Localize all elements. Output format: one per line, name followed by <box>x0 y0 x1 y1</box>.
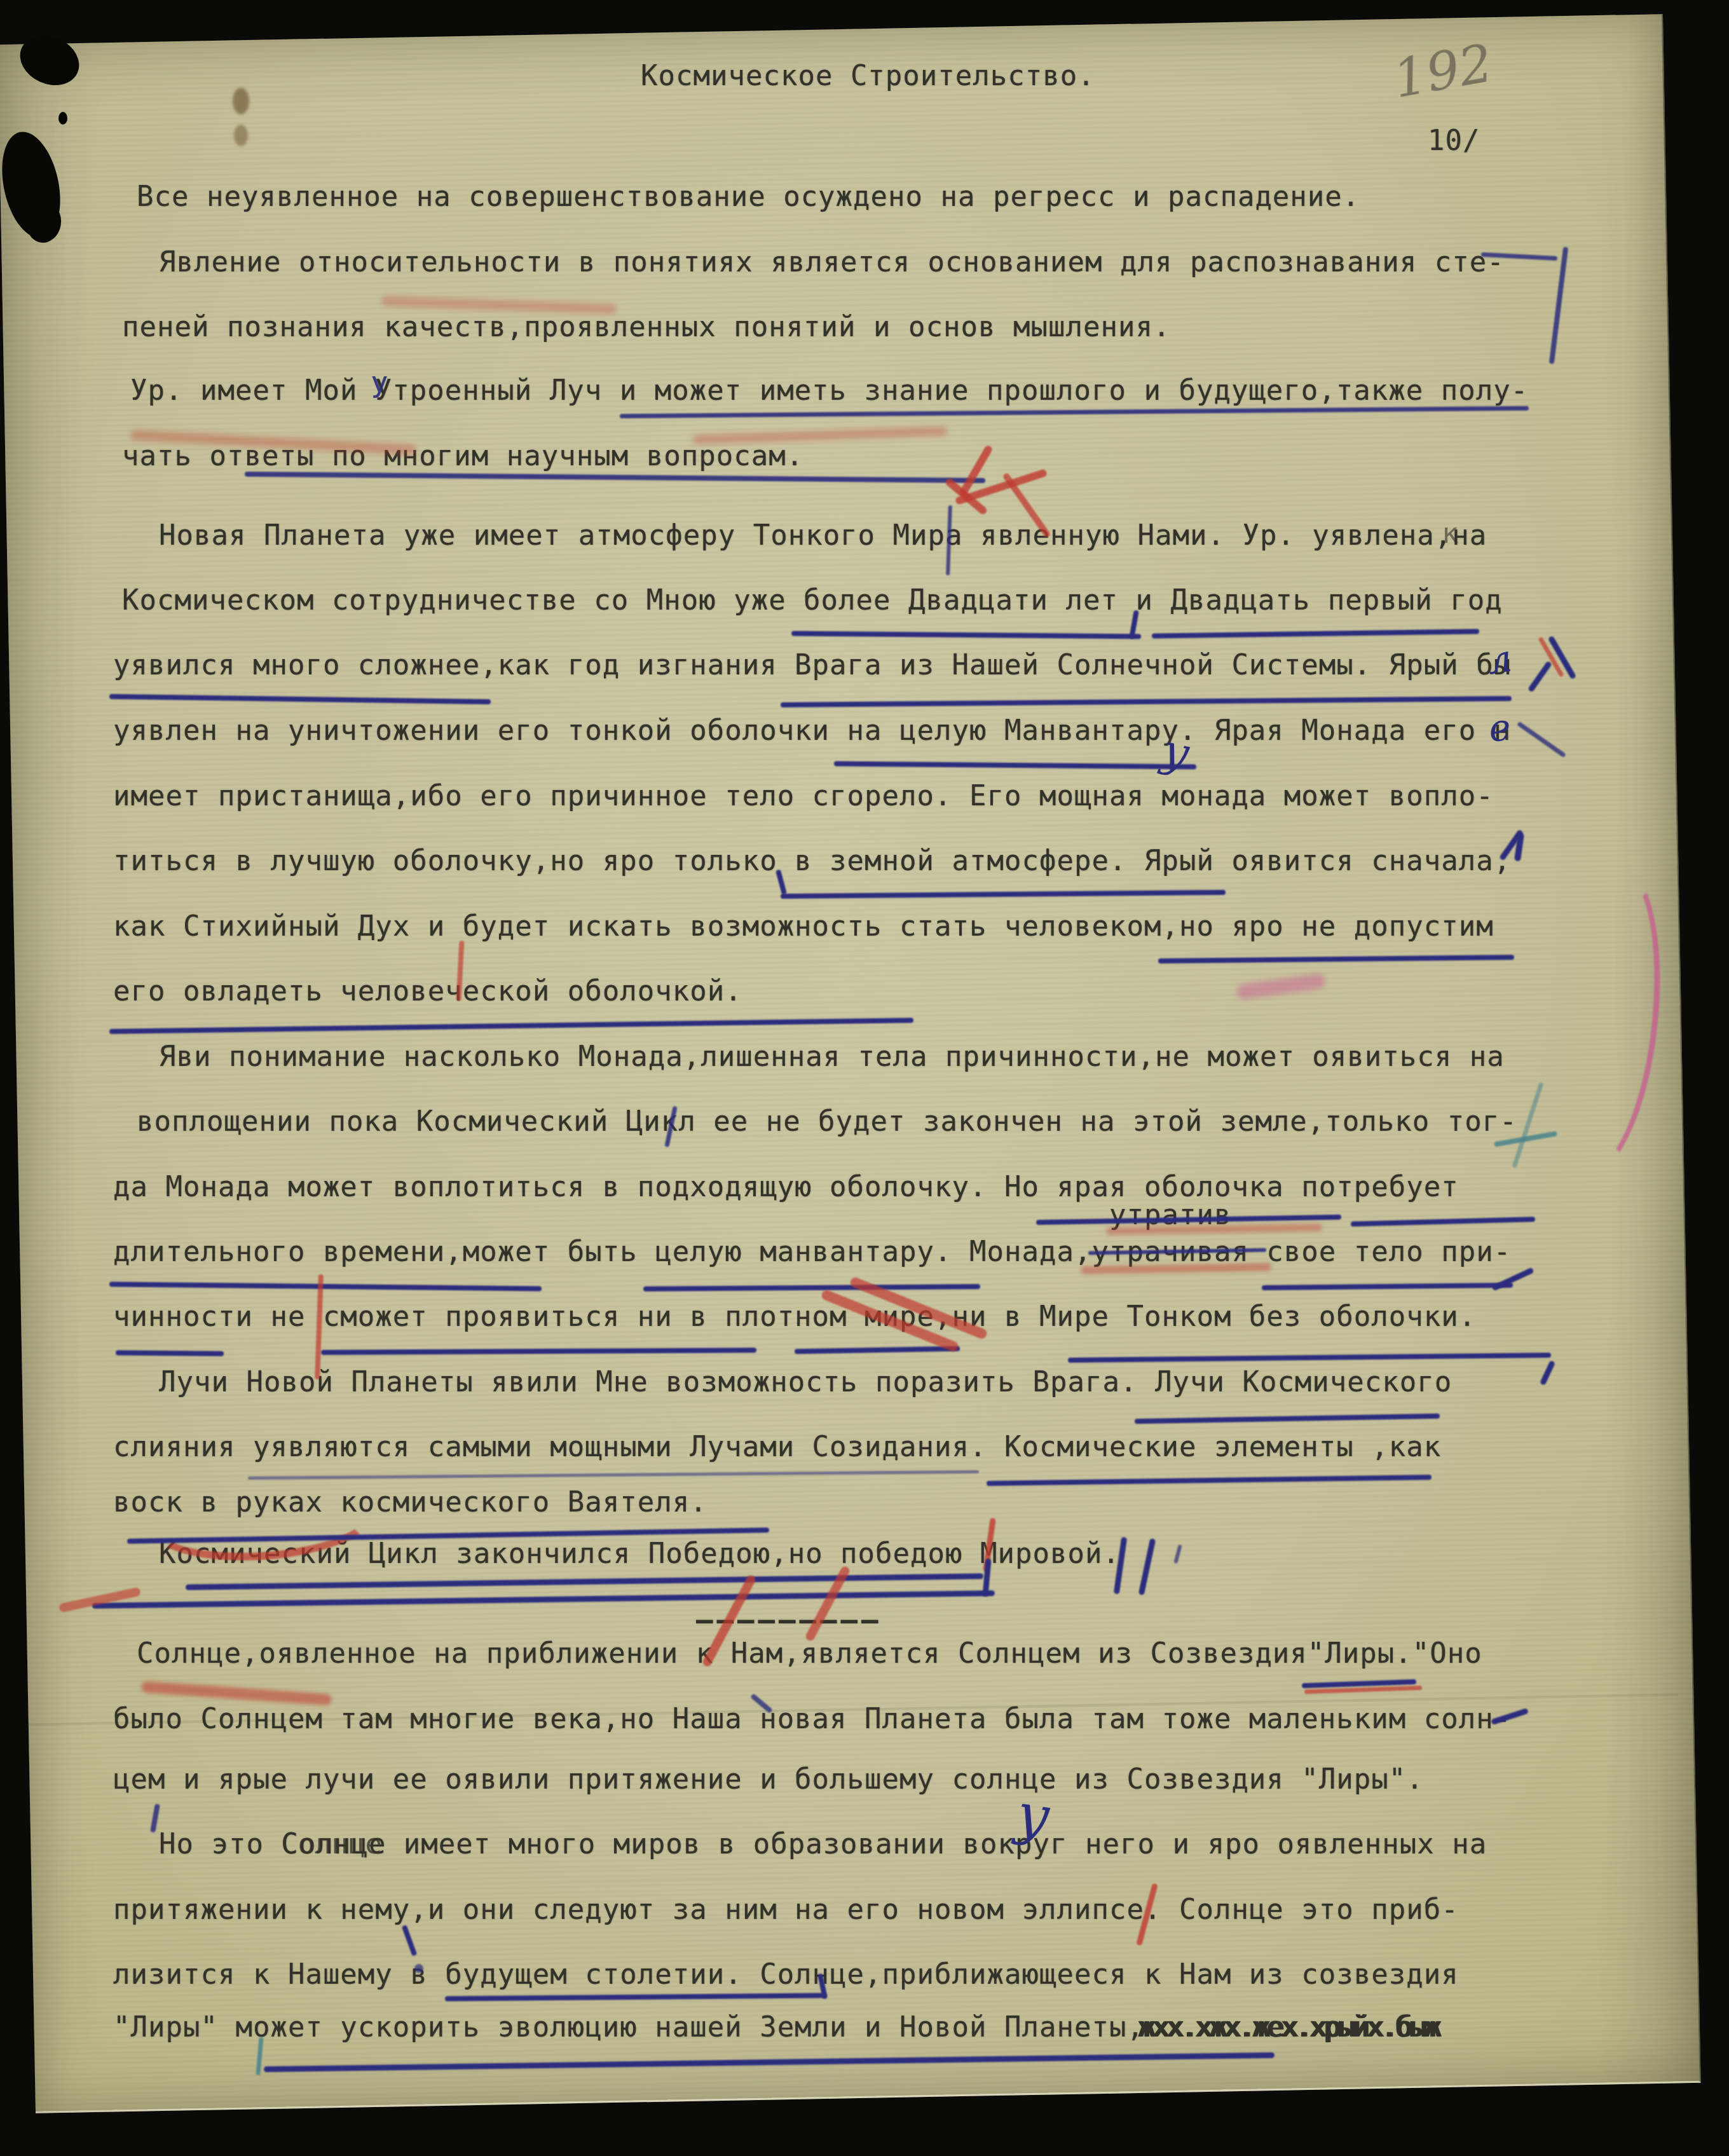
typed-line: лизится к Нашему в будущем столетии. Сол… <box>113 1961 1459 1989</box>
typed-line: Космическом сотрудничестве со Мною уже б… <box>122 587 1503 615</box>
black-handwriting-mark: Солнце <box>281 1831 382 1859</box>
typed-line: Яви понимание насколько Монада,лишенная … <box>159 1043 1505 1071</box>
blue-ink-stroke-mark <box>116 1350 224 1356</box>
typed-line: титься в лучшую оболочку,но яро только в… <box>113 847 1511 875</box>
typed-line: слияния уявляются самыми мощными Лучами … <box>113 1433 1441 1461</box>
typed-line: Ур. имеет Мой Утроенный Луч и может имет… <box>130 377 1528 405</box>
paper-stain <box>234 125 248 146</box>
paper-stain <box>233 88 249 114</box>
typed-line: "Лиры" может ускорить эволюцию нашей Зем… <box>113 2014 1144 2042</box>
blue-handwriting-mark: е <box>1487 708 1512 747</box>
typed-line: имеет пристанища,ибо его причинное тело … <box>113 782 1494 810</box>
typed-line: чать ответы по многим научным вопросам. <box>122 442 803 470</box>
typed-line: Все неуявленное на совершенствование осу… <box>137 183 1360 211</box>
blue-handwriting-mark: У <box>371 373 388 402</box>
document-scan: Космическое Строительство. 10/ 192 Все н… <box>0 0 1729 2156</box>
blue-handwriting-mark: л <box>1485 639 1514 681</box>
typed-line: длительного времени,может быть целую ман… <box>113 1238 1511 1266</box>
paper-speck <box>58 112 67 125</box>
typed-line: воплощении пока Космический Цикл ее не б… <box>137 1108 1517 1136</box>
typed-line: Лучи Новой Планеты явили Мне возможность… <box>159 1368 1452 1396</box>
black-handwriting-mark: к <box>1442 520 1459 548</box>
typed-line: его овладеть человеческой оболочкой. <box>113 978 742 1006</box>
typed-line: как Стихийный Дух и будет искать возможн… <box>113 913 1494 941</box>
typed-line: уявился много сложнее,как год изгнания В… <box>113 652 1511 679</box>
typed-line: да Монада может воплотиться в подходящую… <box>113 1173 1459 1201</box>
typed-line: притяжении к нему,и они следуют за ним н… <box>113 1896 1459 1924</box>
page-number: 10/ <box>1428 127 1480 155</box>
typed-line: было Солнцем там многие века,но Наша нов… <box>113 1705 1511 1733</box>
typed-line: Явление относительности в понятиях являе… <box>159 249 1505 276</box>
document-title: Космическое Строительство. <box>641 62 1095 90</box>
typed-line: цем и ярые лучи ее оявили притяжение и б… <box>113 1766 1424 1794</box>
typed-line: жхх.хжх.жех.хрыйх.быж <box>1138 2014 1438 2042</box>
typed-line: Новая Планета уже имеет атмосферу Тонког… <box>159 522 1487 550</box>
typed-line: пеней познания качеств,проявленных понят… <box>122 313 1170 341</box>
blue-ink-stroke-mark <box>414 1964 423 1973</box>
typed-line: уявлен на уничтожении его тонкой оболочк… <box>113 717 1511 745</box>
typed-line: Солнце,оявленное на приближении к Нам,яв… <box>137 1640 1482 1668</box>
